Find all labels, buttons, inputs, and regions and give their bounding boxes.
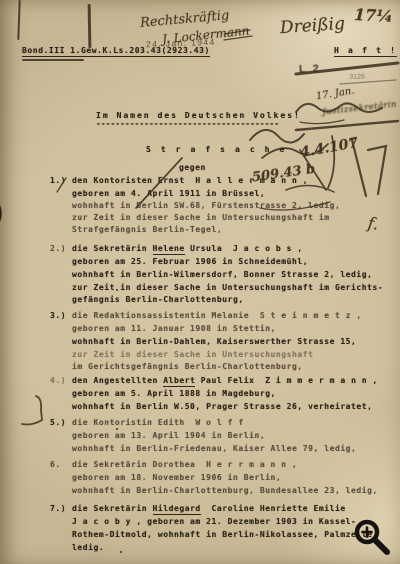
name-underlined: Hildegard xyxy=(153,504,201,515)
name-post: Caroline Henriette Emilie xyxy=(201,504,346,513)
margin-paren-mark: ) xyxy=(0,360,1,390)
stamp-date: 17. Jan. xyxy=(315,85,355,102)
defendant-5-number: 5.) xyxy=(50,418,66,427)
defendant-1-line: zur Zeit in dieser Sache in Untersuchung… xyxy=(72,213,330,222)
handwriting-word: Dreißig xyxy=(279,14,345,38)
defendant-3-line: wohnhaft in Berlin-Dahlem, Kaiserswerthe… xyxy=(72,337,356,346)
defendant-3-number: 3.) xyxy=(50,311,66,320)
defendant-6-line: geboren am 18. November 1906 in Berlin, xyxy=(72,473,281,482)
name-pre: die Sekretärin xyxy=(72,244,153,253)
title-underline: -------------------------------------- xyxy=(96,119,279,128)
defendant-6-number: 6. xyxy=(50,460,61,469)
stamp-line1: L 2 xyxy=(299,63,321,76)
defendant-5-line: geboren am 13. April 1904 in Berlin, xyxy=(72,431,265,440)
defendant-5-name-line: die Kontoristin Edith W o l f f xyxy=(72,418,244,427)
office-stamp: L 2 3126 17. Jan. Justizsekretärin xyxy=(293,56,400,138)
defendant-5-line: wohnhaft in Berlin-Friedenau, Kaiser All… xyxy=(72,444,356,453)
ink-speck xyxy=(116,428,118,430)
name-underlined: Helene xyxy=(153,244,185,255)
defendant-6-line: wohnhaft in Berlin-Charlottenburg, Bunde… xyxy=(72,486,378,495)
ink-speck xyxy=(120,551,122,553)
defendant-2-line: gefängnis Berlin-Charlottenburg, xyxy=(72,295,244,304)
defendant-4-name-line: den Angestellten Albert Paul Felix Z i m… xyxy=(72,376,378,385)
handwriting-flourish: f. xyxy=(367,213,380,233)
pen-mark xyxy=(17,0,20,40)
defendant-6-name-line: die Sekretärin Dorothea H e r r m a n n … xyxy=(72,460,297,469)
name-post: Paul Felix Z i m m e r m a n n , xyxy=(195,376,377,385)
defendant-2-line: wohnhaft in Berlin-Wilmersdorf, Bonner S… xyxy=(72,270,373,279)
defendant-4-line: geboren am 5. April 1888 in Magdeburg, xyxy=(72,389,276,398)
defendant-2-line: geboren am 25. Februar 1906 in Schneidem… xyxy=(72,257,308,266)
zoom-in-icon[interactable] xyxy=(351,517,395,561)
handwriting-scribble-number: 4.4.107 xyxy=(299,135,359,161)
name-pre: den Angestellten xyxy=(72,376,163,385)
ink-speck xyxy=(116,289,118,291)
defendant-2-line: zur Zeit in dieser Sache in Untersuchung… xyxy=(72,283,383,292)
defendant-1-line: geboren am 4. April 1911 in Brüssel, xyxy=(72,189,265,198)
handwriting-number: 17¼ xyxy=(354,5,394,26)
defendant-3-line: im Gerichtsgefängnis Berlin-Charlottenbu… xyxy=(72,362,303,371)
pen-mark xyxy=(88,4,91,48)
defendant-4-number: 4.) xyxy=(50,376,66,385)
defendant-7-line: J a c o b y , geboren am 21. Dezember 19… xyxy=(72,517,356,526)
defendant-1-name-line: den Kontoristen Ernst H a l l e r m a n … xyxy=(72,176,308,185)
defendant-1-line: Strafgefängnis Berlin-Tegel, xyxy=(72,225,222,234)
scanned-court-document: Rechtskräftig J. Lockermann 24. Jan. 194… xyxy=(0,0,400,564)
defendant-1-number: 1.) xyxy=(50,176,66,185)
custody-note: H a f t ! xyxy=(334,46,397,57)
stamp-line2: 3126 xyxy=(349,73,365,81)
defendant-7-line: Rothem-Ditmold, wohnhaft in Berlin-Nikol… xyxy=(72,530,373,539)
margin-paren-mark: ) xyxy=(0,196,4,229)
defendant-7-name-line: die Sekretärin Hildegard Caroline Henrie… xyxy=(72,504,346,513)
double-underline xyxy=(22,59,84,61)
defendant-7-line: ledig. xyxy=(72,543,104,552)
subheading-gegen: gegen xyxy=(179,163,206,172)
defendant-2-number: 2.) xyxy=(50,244,66,253)
name-post: Ursula J a c o b s , xyxy=(185,244,303,253)
defendant-4-line: wohnhaft in Berlin W.50, Prager Strasse … xyxy=(72,402,373,411)
defendant-7-number: 7.) xyxy=(50,504,66,513)
name-pre: die Sekretärin xyxy=(72,504,153,513)
defendant-3-line: geboren am 11. Januar 1908 in Stettin, xyxy=(72,324,276,333)
stamp-title: Justizsekretärin xyxy=(322,100,397,118)
defendant-1-line: wohnhaft in Berlin SW.68, Fürstenstrasse… xyxy=(72,201,340,210)
heading-strafsache: S t r a f s a c h e xyxy=(146,145,287,154)
case-number: Bond.III 1.Gew.K.Ls.203.43(2923.43) xyxy=(22,46,210,57)
defendant-3-line: zur Zeit in dieser Sache in Untersuchung… xyxy=(72,350,314,359)
defendant-3-name-line: die Redaktionsassistentin Melanie S t e … xyxy=(72,311,362,320)
defendant-2-name-line: die Sekretärin Helene Ursula J a c o b s… xyxy=(72,244,303,253)
name-underlined: Albert xyxy=(163,376,195,387)
